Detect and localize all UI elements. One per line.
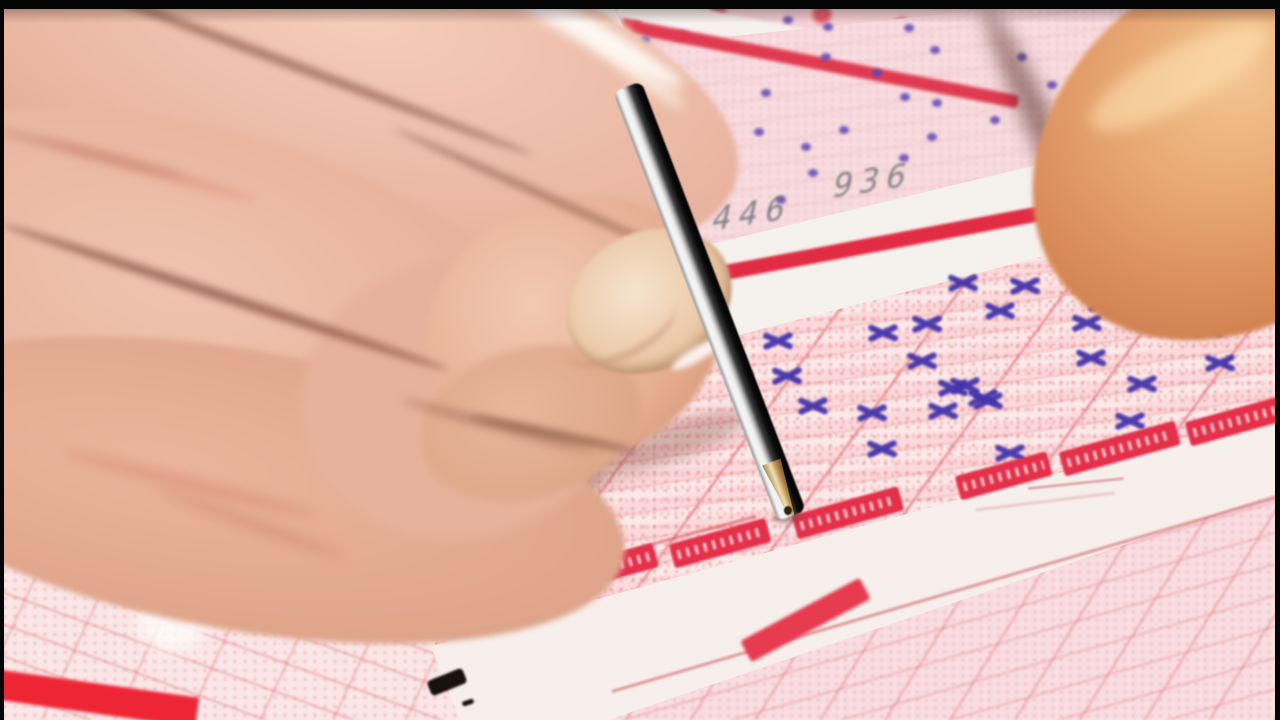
pen-x-mark <box>1204 352 1236 372</box>
purple-dot-mark <box>754 128 764 136</box>
pen-x-mark <box>1009 275 1041 295</box>
purple-dot-mark <box>808 169 818 177</box>
pen-x-mark <box>797 395 829 415</box>
letterbox-bar-top <box>0 0 1280 9</box>
purple-dot-mark <box>1047 81 1057 89</box>
purple-dot-mark <box>930 46 940 54</box>
purple-dot-mark <box>761 89 771 97</box>
pen-x-mark <box>866 438 898 458</box>
pen-x-mark <box>947 272 979 292</box>
pen-x-mark <box>1075 347 1107 367</box>
letterbox-bar-top-shadow <box>0 9 1280 23</box>
pen-x-mark <box>856 402 888 422</box>
pen-x-mark <box>1114 410 1146 430</box>
purple-dot-mark <box>990 116 1000 124</box>
pen-x-mark <box>927 400 959 420</box>
purple-dot-mark <box>900 93 910 101</box>
pen-x-mark <box>972 390 1004 410</box>
purple-dot-mark <box>904 24 914 32</box>
purple-dot-mark <box>821 53 831 61</box>
pen-x-mark <box>911 313 943 333</box>
letterbox-bar-right <box>1275 0 1280 720</box>
purple-dot-mark <box>823 23 833 31</box>
purple-dot-mark <box>839 126 849 134</box>
purple-dot-mark <box>927 133 937 141</box>
letterbox-bar-left <box>0 0 4 720</box>
pen-x-mark <box>762 330 794 350</box>
photo-scene: 446 936 <box>0 0 1280 720</box>
pen-x-mark <box>1126 373 1158 393</box>
purple-dot-mark <box>872 69 882 77</box>
pen-x-mark <box>867 322 899 342</box>
pen-x-mark <box>984 300 1016 320</box>
pen-x-mark <box>906 350 938 370</box>
purple-dot-mark <box>932 99 942 107</box>
pen-ballpoint <box>784 506 792 515</box>
pen-x-mark <box>771 365 803 385</box>
purple-dot-mark <box>801 143 811 151</box>
